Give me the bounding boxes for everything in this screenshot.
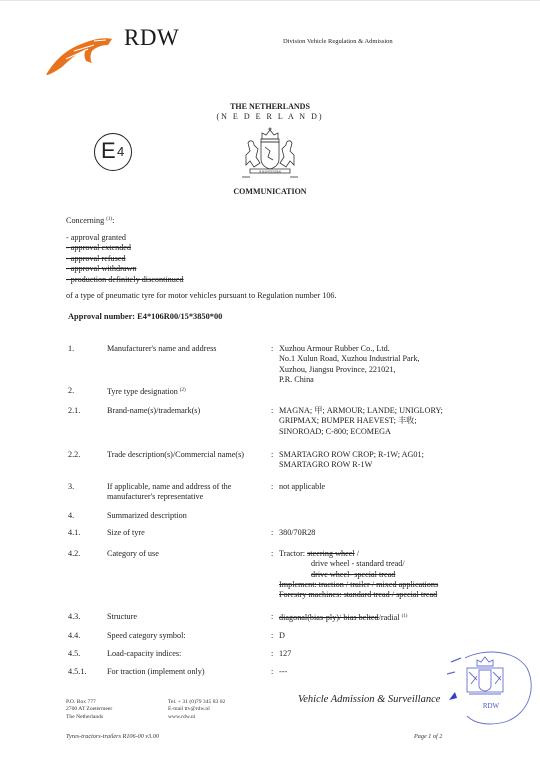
footer-slogan: Vehicle Admission & Surveillance [298,694,440,705]
brand-names-value: MAGNA; 甲; ARMOUR; LANDE; UNIGLORY; GRIPM… [279,406,443,437]
rdw-logo-text: RDW [124,25,179,51]
svg-text:RDW: RDW [483,702,500,710]
option-approval-withdrawn: - approval withdrawn [66,264,136,274]
country-title: THE NETHERLANDS [0,102,540,111]
manufacturer-address: Xuzhou Armour Rubber Co., Ltd. No.1 Xulu… [279,344,420,385]
communication-heading: COMMUNICATION [0,187,540,196]
footer-website-link[interactable]: www.rdw.nl [168,714,225,721]
approval-number: Approval number: E4*106R00/15*3850*00 [68,312,222,322]
option-production-discontinued: - production definitely discontinued [66,275,184,285]
coat-of-arms-icon: JE MAINTIENDRAI [240,127,300,179]
footer-contact: Tel. + 31 (0)79 345 83 02 E-mail ttv@rdw… [168,699,225,721]
option-approval-extended: - approval extended [66,243,131,253]
document-reference: Tyres-tractors-trailers R106-00 v3.00 [66,733,159,740]
option-approval-refused: - approval refused [66,254,126,264]
trade-description-value: SMARTAGRO ROW CROP; R-1W; AG01; SMARTAGR… [279,450,424,471]
country-local-title: (N E D E R L A N D) [0,112,540,121]
document-page: RDW Division Vehicle Regulation & Admiss… [0,0,540,770]
regulation-statement: of a type of pneumatic tyre for motor ve… [66,291,337,301]
footer-email-link[interactable]: E-mail ttv@rdw.nl [168,706,225,713]
emark-letter: E [101,139,116,163]
page-number: Page 1 of 2 [414,733,442,740]
rdw-stamp-icon: RDW [445,648,533,728]
svg-text:JE MAINTIENDRAI: JE MAINTIENDRAI [259,170,282,173]
option-approval-granted: - approval granted [66,233,126,243]
category-of-use-value: Tractor: steering wheel / drive wheel - … [279,549,438,600]
footer-address: P.O. Box 777 2700 AT Zoetermeer The Neth… [66,699,112,721]
e-mark-icon: E 4 [94,133,132,171]
rdw-wing-logo-icon [44,31,114,77]
emark-number: 4 [117,145,124,159]
division-name: Division Vehicle Regulation & Admission [283,38,393,45]
concerning-label: Concerning (1): [66,215,114,226]
